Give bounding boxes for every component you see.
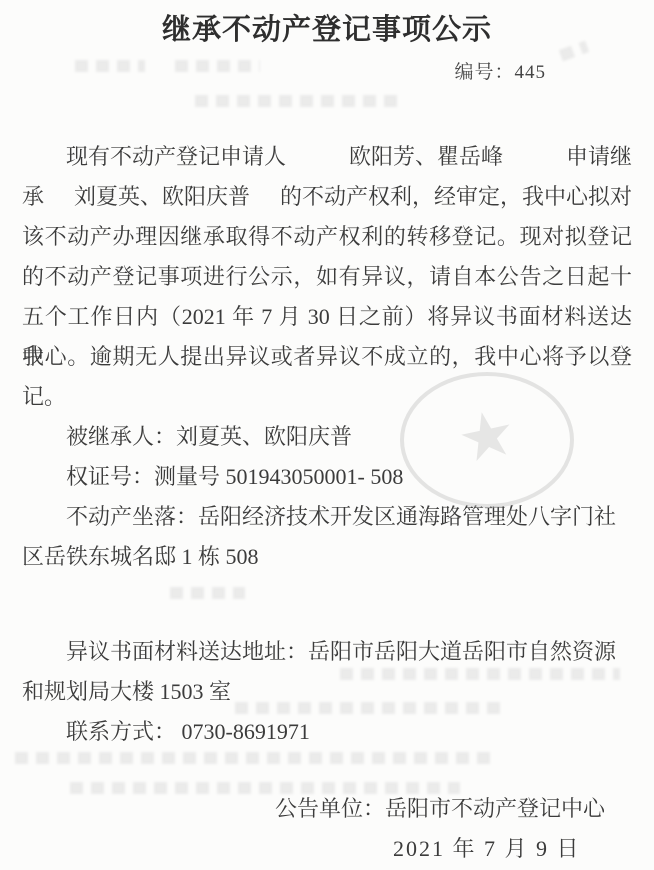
document-body: 现有不动产登记申请人 欧阳芳、瞿岳峰 申请继 承 刘夏英、欧阳庆普 的不动产权利…	[0, 137, 654, 869]
contact-field: 联系方式： 0730-8691971	[0, 712, 654, 752]
paragraph-line-4: 的不动产登记事项进行公示，如有异议，请自本公告之日起十	[0, 257, 654, 297]
paragraph-line-5: 五个工作日内（2021 年 7 月 30 日之前）将异议书面材料送达我	[0, 297, 654, 337]
objection-address-line-2: 和规划局大楼 1503 室	[0, 672, 654, 712]
page-title: 继承不动产登记事项公示	[0, 12, 654, 48]
announcement-date: 2021 年 7 月 9 日	[0, 829, 654, 869]
applicant-names: 欧阳芳、瞿岳峰	[349, 137, 503, 177]
announcing-unit: 公告单位：岳阳市不动产登记中心	[0, 789, 654, 829]
certificate-number-field: 权证号：测量号 501943050001- 508	[0, 457, 654, 497]
objection-address-line-1: 异议书面材料送达地址：岳阳市岳阳大道岳阳市自然资源	[0, 632, 654, 672]
decedents-field: 被继承人：刘夏英、欧阳庆普	[0, 417, 654, 457]
paragraph-l1-suffix: 申请继	[566, 137, 632, 177]
inheritance-announcement-document: ★ 继承不动产登记事项公示 编号：445 现有不动产登记申请人 欧阳芳、瞿岳峰 …	[0, 0, 654, 870]
paragraph-line-3: 该不动产办理因继承取得不动产权利的转移登记。现对拟登记	[0, 217, 654, 257]
paragraph-line-2: 承 刘夏英、欧阳庆普 的不动产权利，经审定，我中心拟对	[0, 177, 654, 217]
property-location-line-2: 区岳铁东城名邸 1 栋 508	[0, 537, 654, 577]
paragraph-line-1: 现有不动产登记申请人 欧阳芳、瞿岳峰 申请继	[0, 137, 654, 177]
document-number: 编号：445	[0, 61, 654, 85]
paragraph-l2-prefix: 承	[22, 177, 44, 217]
paragraph-l2-suffix: 的不动产权利，经审定，我中心拟对	[280, 177, 632, 217]
bleed-through-smudge	[195, 95, 405, 107]
property-location-line-1: 不动产坐落：岳阳经济技术开发区通海路管理处八字门社	[0, 497, 654, 537]
paragraph-line-6: 中心。逾期无人提出异议或者异议不成立的，我中心将予以登	[0, 337, 654, 377]
paragraph-l1-prefix: 现有不动产登记申请人	[66, 137, 286, 177]
decedent-names-inline: 刘夏英、欧阳庆普	[74, 177, 250, 217]
paragraph-line-7: 记。	[0, 377, 654, 417]
